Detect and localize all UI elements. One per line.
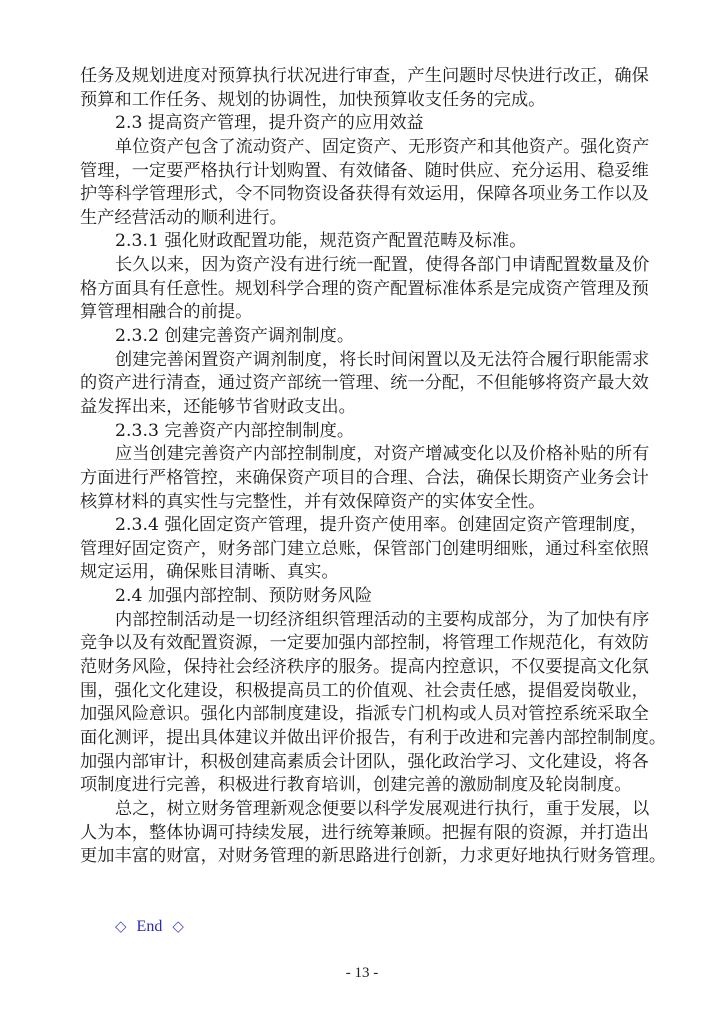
text-line: 单位资产包含了流动资产、固定资产、无形资产和其他资产。强化资产 bbox=[80, 136, 680, 160]
text-line: 竞争以及有效配置资源，一定要加强内部控制，将管理工作规范化，有效防 bbox=[80, 632, 680, 656]
section-heading: 2.4 加强内部控制、预防财务风险 bbox=[80, 585, 680, 609]
text-line: 内部控制活动是一切经济组织管理活动的主要构成部分，为了加快有序 bbox=[80, 609, 680, 633]
end-marker: ◇ End ◇ bbox=[115, 917, 184, 936]
text-line: 人为本，整体协调可持续发展，进行统筹兼顾。把握有限的资源，并打造出 bbox=[80, 822, 680, 846]
text-line: 核算材料的真实性与完整性，并有效保障资产的实体安全性。 bbox=[80, 491, 680, 515]
text-line: 生产经营活动的顺利进行。 bbox=[80, 207, 680, 231]
text-line: 应当创建完善资产内部控制制度，对资产增减变化以及价格补贴的所有 bbox=[80, 443, 680, 467]
section-heading: 2.3.2 创建完善资产调剂制度。 bbox=[80, 325, 680, 349]
text-line: 加强内部审计，积极创建高素质会计团队，强化政治学习、文化建设，将各 bbox=[80, 751, 680, 775]
text-line: 管理好固定资产，财务部门建立总账，保管部门创建明细账，通过科室依照 bbox=[80, 538, 680, 562]
text-line: 算管理相融合的前提。 bbox=[80, 301, 680, 325]
document-body: 任务及规划进度对预算执行状况进行审查，产生问题时尽快进行改正，确保预算和工作任务… bbox=[80, 65, 680, 869]
text-line: 面化测评，提出具体建议并做出评价报告，有利于改进和完善内部控制制度。 bbox=[80, 727, 680, 751]
text-line: 任务及规划进度对预算执行状况进行审查，产生问题时尽快进行改正，确保 bbox=[80, 65, 680, 89]
text-line: 长久以来，因为资产没有进行统一配置，使得各部门申请配置数量及价 bbox=[80, 254, 680, 278]
text-line: 格方面具有任意性。规划科学合理的资产配置标准体系是完成资产管理及预 bbox=[80, 278, 680, 302]
text-line: 规定运用，确保账目清晰、真实。 bbox=[80, 561, 680, 585]
text-line: 管理，一定要严格执行计划购置、有效储备、随时供应、充分运用、稳妥维 bbox=[80, 160, 680, 184]
text-line: 2.3.4 强化固定资产管理，提升资产使用率。创建固定资产管理制度， bbox=[80, 514, 680, 538]
text-line: 预算和工作任务、规划的协调性，加快预算收支任务的完成。 bbox=[80, 89, 680, 113]
text-line: 总之，树立财务管理新观念便要以科学发展观进行执行，重于发展，以 bbox=[80, 798, 680, 822]
end-label: End bbox=[137, 918, 163, 935]
text-line: 加强风险意识。强化内部制度建设，指派专门机构或人员对管控系统采取全 bbox=[80, 703, 680, 727]
text-line: 创建完善闲置资产调剂制度，将长时间闲置以及无法符合履行职能需求 bbox=[80, 349, 680, 373]
text-line: 围，强化文化建设，积极提高员工的价值观、社会责任感，提倡爱岗敬业， bbox=[80, 680, 680, 704]
text-line: 项制度进行完善，积极进行教育培训，创建完善的激励制度及轮岗制度。 bbox=[80, 774, 680, 798]
text-line: 范财务风险，保持社会经济秩序的服务。提高内控意识，不仅要提高文化氛 bbox=[80, 656, 680, 680]
diamond-icon: ◇ bbox=[172, 919, 184, 935]
section-heading: 2.3.1 强化财政配置功能，规范资产配置范畴及标准。 bbox=[80, 230, 680, 254]
text-line: 更加丰富的财富，对财务管理的新思路进行创新，力求更好地执行财务管理。 bbox=[80, 845, 680, 869]
diamond-icon: ◇ bbox=[115, 919, 127, 935]
section-heading: 2.3.3 完善资产内部控制制度。 bbox=[80, 420, 680, 444]
section-heading: 2.3 提高资产管理，提升资产的应用效益 bbox=[80, 112, 680, 136]
page-number: - 13 - bbox=[0, 965, 724, 982]
text-line: 护等科学管理形式，令不同物资设备获得有效运用，保障各项业务工作以及 bbox=[80, 183, 680, 207]
text-line: 的资产进行清查，通过资产部统一管理、统一分配，不但能够将资产最大效 bbox=[80, 372, 680, 396]
text-line: 益发挥出来，还能够节省财政支出。 bbox=[80, 396, 680, 420]
text-line: 方面进行严格管控，来确保资产项目的合理、合法，确保长期资产业务会计 bbox=[80, 467, 680, 491]
